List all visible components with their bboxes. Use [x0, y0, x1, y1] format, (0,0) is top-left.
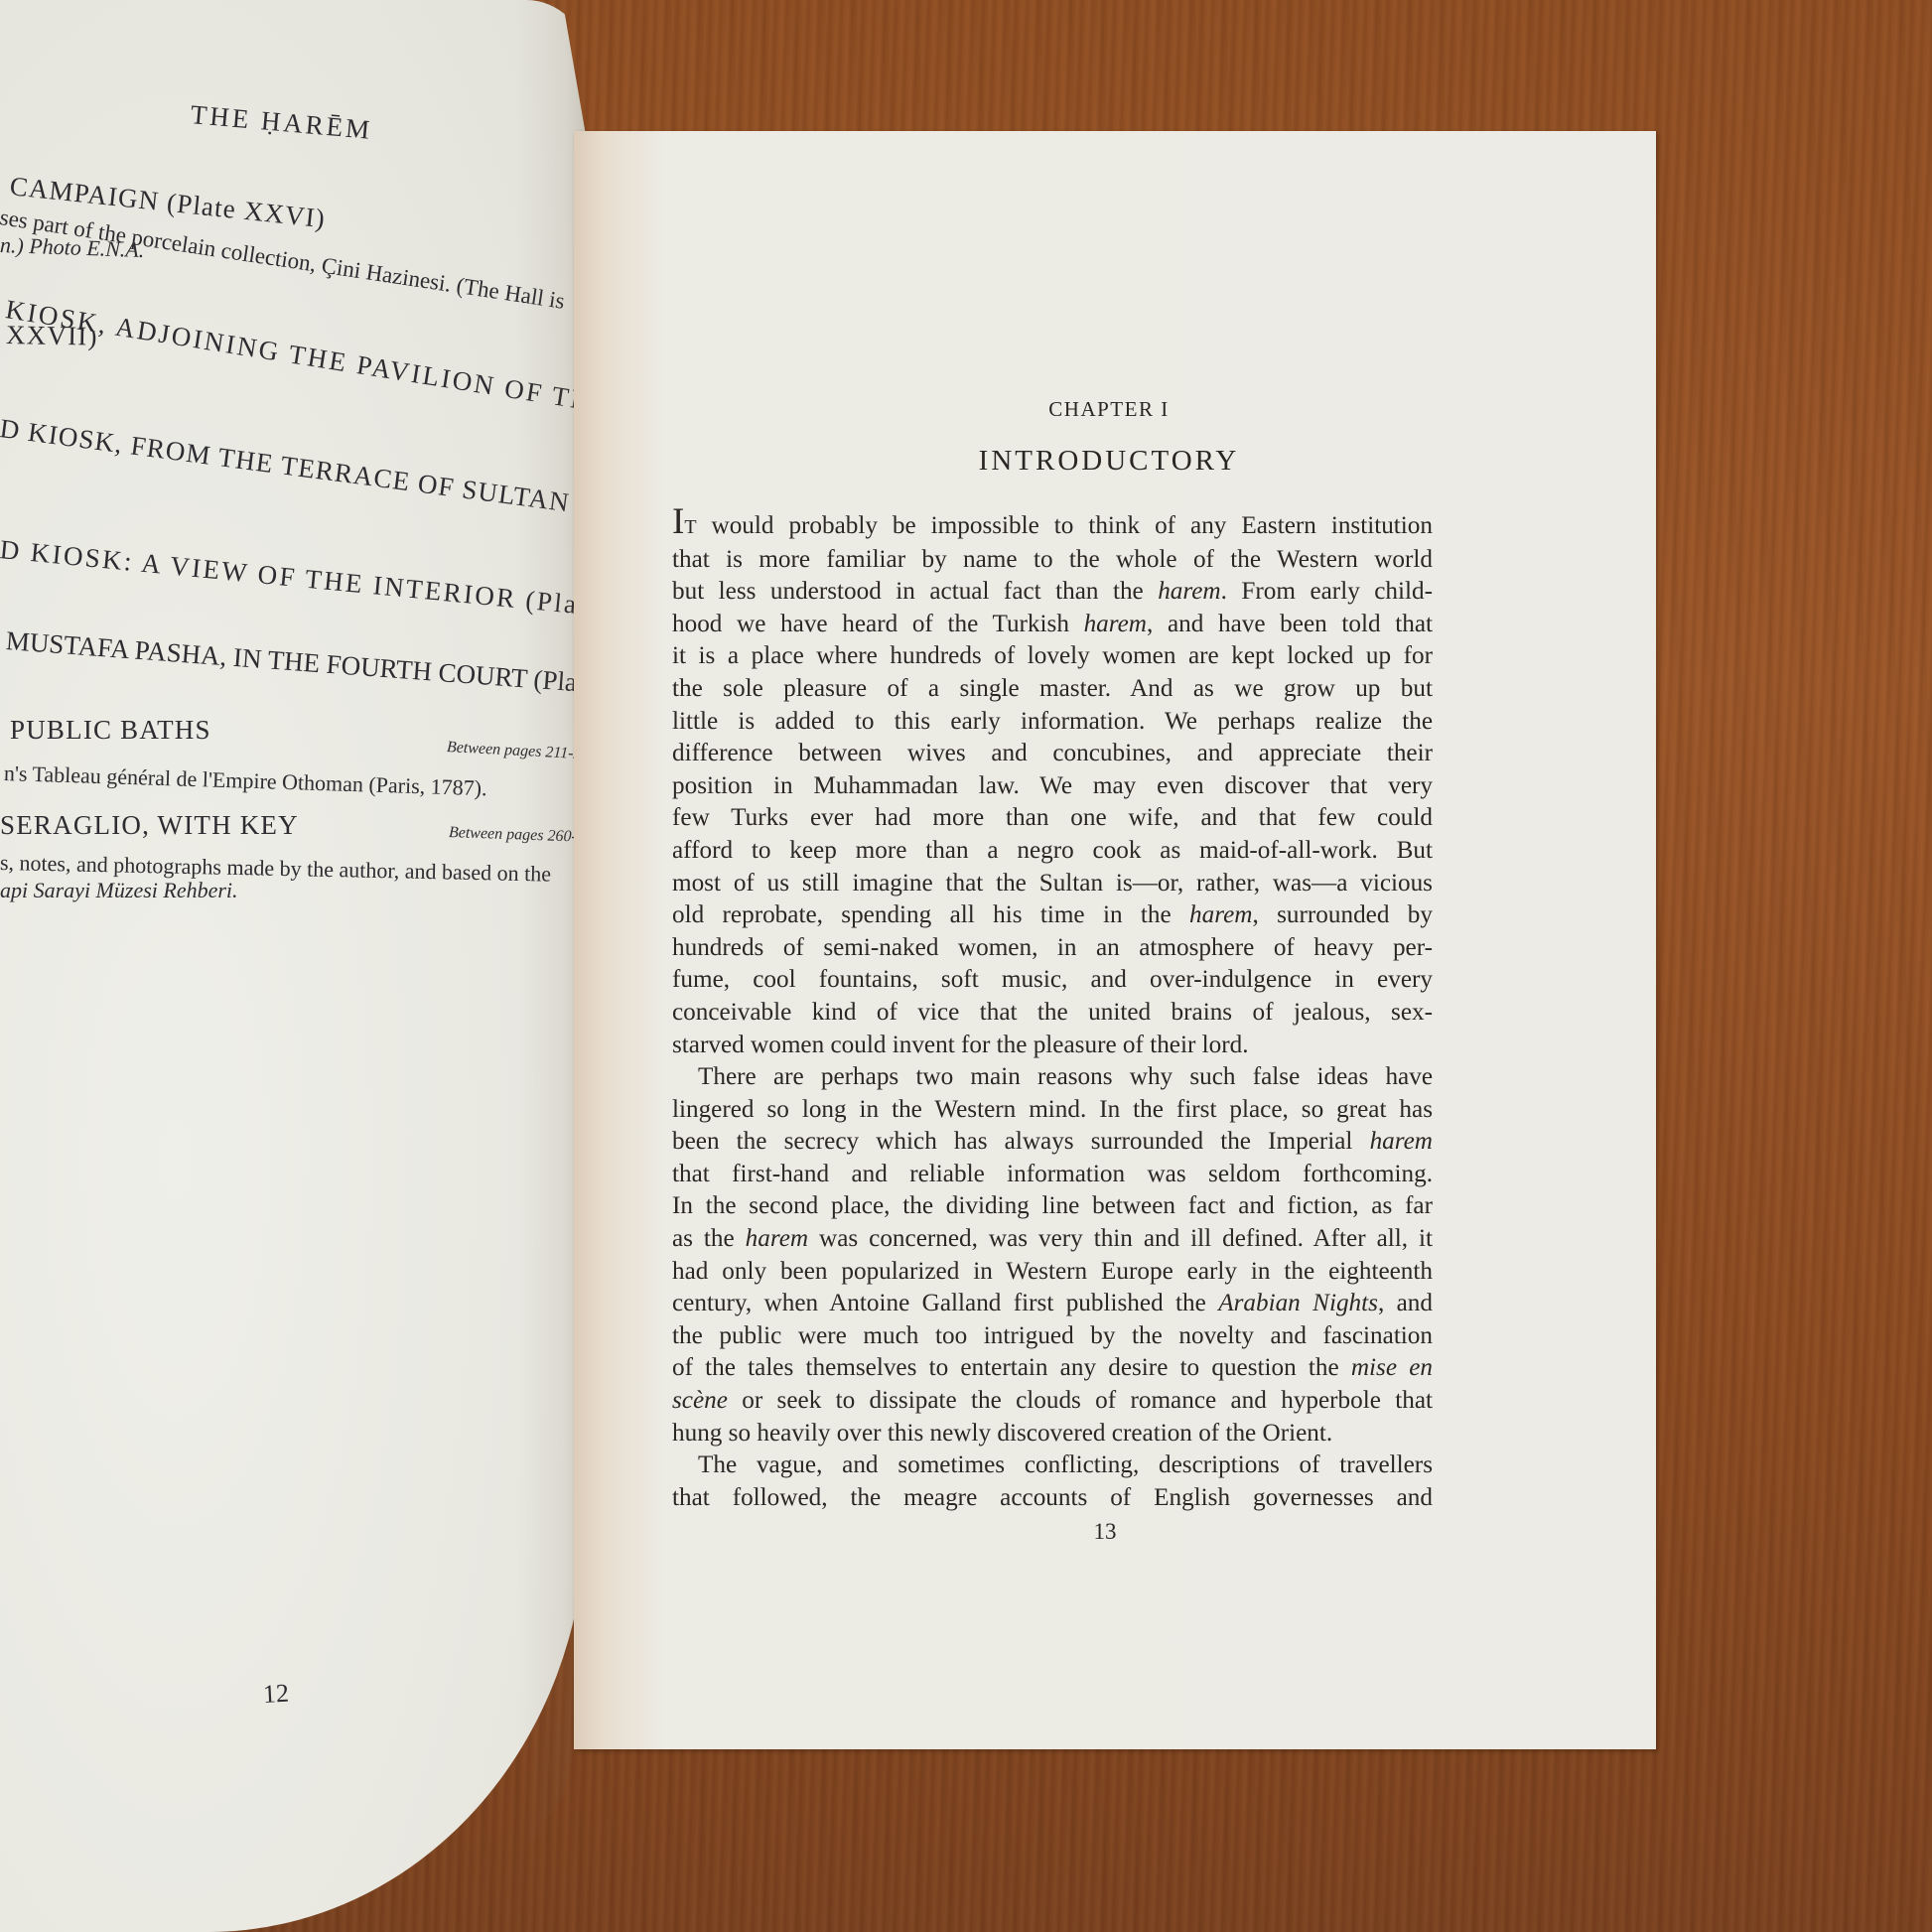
- text-line: starved women could invent for the pleas…: [672, 1030, 1433, 1062]
- chapter-body: IT would probably be impossible to think…: [672, 503, 1433, 1514]
- page-number-right: 13: [574, 1519, 1656, 1545]
- plate-entry-title: MUSTAFA PASHA, IN THE FOURTH COURT (Plat…: [5, 625, 671, 705]
- text-line: little is added to this early informatio…: [672, 706, 1433, 739]
- chapter-title: INTRODUCTORY: [574, 445, 1656, 478]
- text-line: In the second place, the dividing line b…: [672, 1190, 1433, 1223]
- plate-entry-title-2: XXVII): [6, 320, 98, 352]
- text-line: that first-hand and reliable information…: [672, 1159, 1433, 1191]
- plate-entry-description-2: api Sarayi Müzesi Rehberi.: [0, 878, 238, 903]
- text-line: fume, cool fountains, soft music, and ov…: [672, 964, 1433, 997]
- text-line: hood we have heard of the Turkish harem,…: [672, 609, 1433, 641]
- page-number-left: 12: [262, 1679, 290, 1710]
- chapter-label: CHAPTER I: [574, 397, 1656, 422]
- text-line: afford to keep more than a negro cook as…: [672, 835, 1433, 868]
- text-line: that is more familiar by name to the who…: [672, 544, 1433, 577]
- text-line: had only been popularized in Western Eur…: [672, 1256, 1433, 1289]
- text-line: lingered so long in the Western mind. In…: [672, 1094, 1433, 1127]
- text-line: conceivable kind of vice that the united…: [672, 997, 1433, 1030]
- text-line: most of us still imagine that the Sultan…: [672, 868, 1433, 900]
- text-line: but less understood in actual fact than …: [672, 576, 1433, 609]
- drop-cap: I: [672, 501, 684, 542]
- plate-entry-description: n's Tableau général de l'Empire Othoman …: [4, 760, 487, 801]
- right-page: CHAPTER I INTRODUCTORY IT would probably…: [574, 131, 1656, 1749]
- plate-entry-title: PUBLIC BATHS: [10, 715, 211, 746]
- text-line: century, when Antoine Galland first publ…: [672, 1288, 1433, 1320]
- plate-entry-title: SERAGLIO, WITH KEY: [0, 810, 299, 841]
- text-line: There are perhaps two main reasons why s…: [672, 1061, 1433, 1094]
- text-line: been the secrecy which has always surrou…: [672, 1126, 1433, 1159]
- text-line: of the tales themselves to entertain any…: [672, 1352, 1433, 1385]
- text-line: hundreds of semi-naked women, in an atmo…: [672, 932, 1433, 965]
- text-line: the public were much too intrigued by th…: [672, 1320, 1433, 1353]
- text-line: difference between wives and concubines,…: [672, 738, 1433, 770]
- text-line: hung so heavily over this newly discover…: [672, 1418, 1433, 1450]
- text-line: The vague, and sometimes conflicting, de…: [672, 1449, 1433, 1482]
- text-line: the sole pleasure of a single master. An…: [672, 673, 1433, 706]
- text-line: old reprobate, spending all his time in …: [672, 899, 1433, 932]
- text-line: IT would probably be impossible to think…: [672, 503, 1433, 544]
- plate-entry-description-2: n.) Photo E.N.A.: [0, 232, 145, 263]
- text-line: few Turks ever had more than one wife, a…: [672, 802, 1433, 835]
- text-line: that followed, the meagre accounts of En…: [672, 1482, 1433, 1515]
- left-page: THE ḤARĒM CAMPAIGN (Plate XXVI) ses part…: [0, 0, 586, 1932]
- text-line: as the harem was concerned, was very thi…: [672, 1223, 1433, 1256]
- text-line: it is a place where hundreds of lovely w…: [672, 640, 1433, 673]
- text-line: position in Muhammadan law. We may even …: [672, 770, 1433, 803]
- text-line: scène or seek to dissipate the clouds of…: [672, 1385, 1433, 1418]
- running-header: THE ḤARĒM: [190, 99, 374, 146]
